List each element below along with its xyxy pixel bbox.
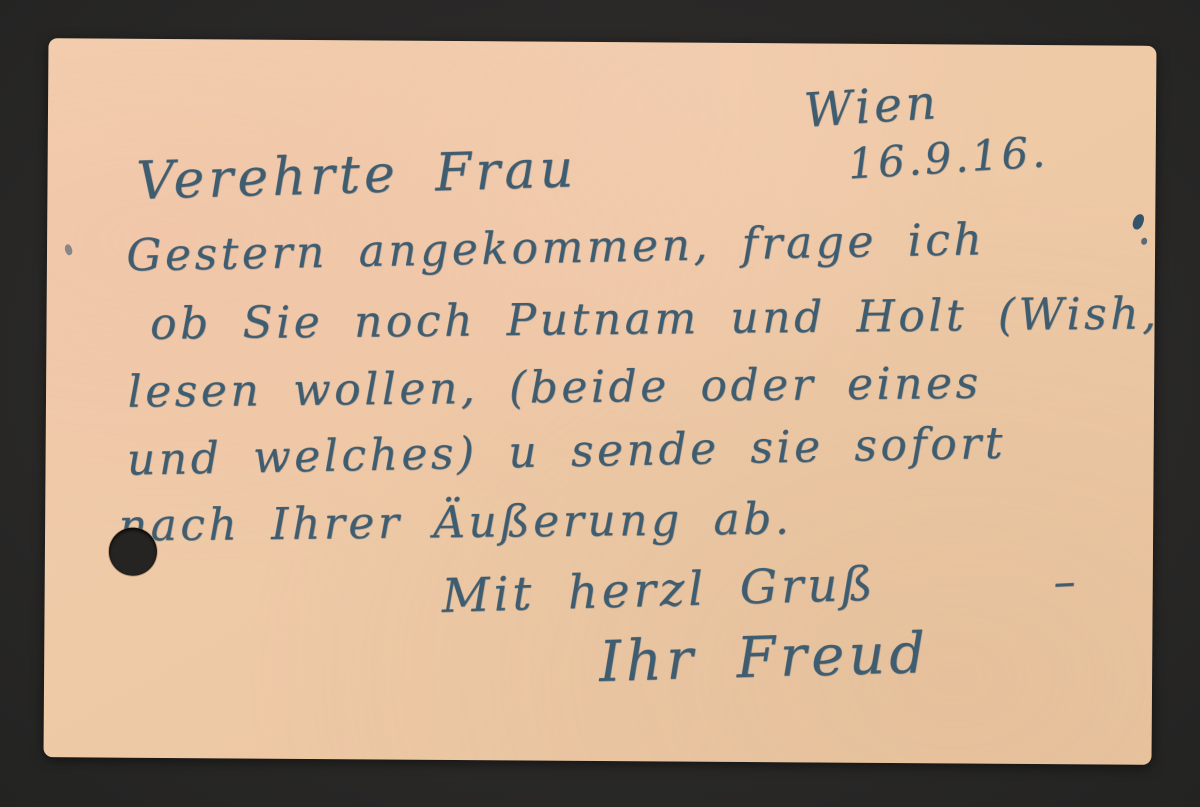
punch-hole — [109, 528, 157, 576]
signature-line: Ihr Freud — [598, 621, 930, 695]
handwritten-line: nach Ihrer Äußerung ab. — [118, 494, 792, 552]
ink-speck — [63, 243, 73, 256]
place-line: Wien — [802, 75, 941, 138]
handwritten-line: Gestern angekommen, frage ich — [126, 214, 986, 281]
closing-line: Mit herzl Gruß — [441, 557, 877, 624]
handwritten-line: ob Sie noch Putnam und Holt (Wish, — [150, 288, 1160, 350]
ink-speck — [1141, 238, 1147, 245]
trailing-dash-mark: – — [1052, 556, 1080, 608]
handwritten-line: lesen wollen, (beide oder eines — [127, 358, 982, 418]
salutation-line: Verehrte Frau — [136, 139, 578, 211]
postcard: Wien 16.9.16. Verehrte Frau Gestern ange… — [44, 38, 1157, 765]
handwritten-line: und welches) u sende sie sofort — [126, 418, 1006, 486]
ink-speck — [1131, 213, 1146, 231]
date-line: 16.9.16. — [846, 127, 1049, 188]
scan-background: Wien 16.9.16. Verehrte Frau Gestern ange… — [0, 0, 1200, 807]
